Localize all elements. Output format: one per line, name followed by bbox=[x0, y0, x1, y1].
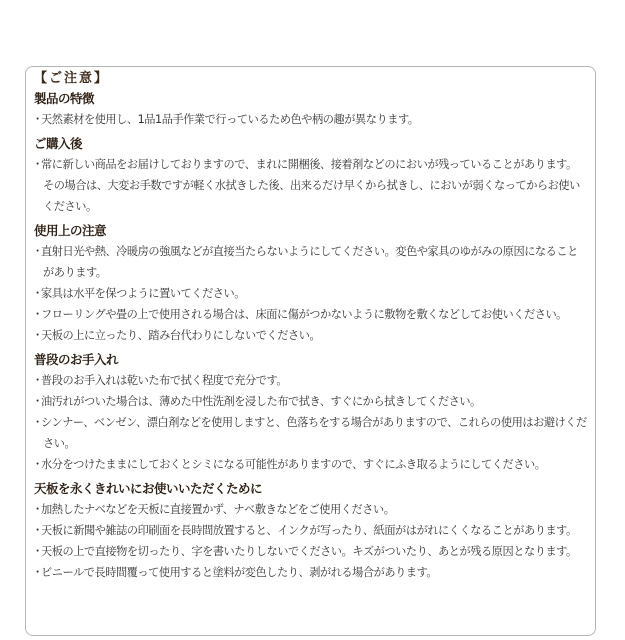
list-item: 普段のお手入れは乾いた布で拭く程度で充分です。 bbox=[34, 370, 587, 391]
list-item: 常に新しい商品をお届けしておりますので、まれに開梱後、接着剤などのにおいが残って… bbox=[34, 154, 587, 217]
list-item: 家具は水平を保つように置いてください。 bbox=[34, 283, 587, 304]
list-item: フローリングや畳の上で使用される場合は、床面に傷がつかないように敷物を敷くなどし… bbox=[34, 304, 587, 325]
list-item: 水分をつけたままにしておくとシミになる可能性がありますので、すぐにふき取るように… bbox=[34, 454, 587, 475]
section-tabletop-care: 天板を永くきれいにお使いいただくために 加熱したナベなどを天板に直接置かず、ナベ… bbox=[34, 479, 595, 583]
list-item: ビニールで長時間覆って使用すると塗料が変色したり、剥がれる場合があります。 bbox=[34, 562, 587, 583]
list-item: 天板の上に立ったり、踏み台代わりにしないでください。 bbox=[34, 325, 587, 346]
list-item: 加熱したナベなどを天板に直接置かず、ナベ敷きなどをご使用ください。 bbox=[34, 499, 587, 520]
notice-title: 【ご注意】 bbox=[34, 69, 595, 89]
list-item: 直射日光や熱、冷暖房の強風などが直接当たらないようにしてください。変色や家具のゆ… bbox=[34, 241, 587, 283]
list-item: 天板の上で直接物を切ったり、字を書いたりしないでください。キズがついたり、あとが… bbox=[34, 541, 587, 562]
list-item: シンナー、ベンゼン、漂白剤などを使用しますと、色落ちをする場合がありますので、こ… bbox=[34, 412, 587, 454]
section-usage-cautions: 使用上の注意 直射日光や熱、冷暖房の強風などが直接当たらないようにしてください。… bbox=[34, 221, 595, 346]
list-item: 天然素材を使用し、1品1品手作業で行っているため色や柄の趣が異なります。 bbox=[34, 109, 587, 130]
section-heading: 天板を永くきれいにお使いいただくために bbox=[34, 479, 595, 499]
section-heading: 使用上の注意 bbox=[34, 221, 595, 241]
notice-box: 【ご注意】 製品の特徴 天然素材を使用し、1品1品手作業で行っているため色や柄の… bbox=[25, 66, 596, 636]
section-product-features: 製品の特徴 天然素材を使用し、1品1品手作業で行っているため色や柄の趣が異なりま… bbox=[34, 89, 595, 130]
section-heading: 普段のお手入れ bbox=[34, 350, 595, 370]
section-heading: 製品の特徴 bbox=[34, 89, 595, 109]
list-item: 天板に新聞や雑誌の印刷面を長時間放置すると、インクが写ったり、紙面がはがれにくく… bbox=[34, 520, 587, 541]
section-heading: ご購入後 bbox=[34, 134, 595, 154]
section-daily-care: 普段のお手入れ 普段のお手入れは乾いた布で拭く程度で充分です。 油汚れがついた場… bbox=[34, 350, 595, 475]
section-after-purchase: ご購入後 常に新しい商品をお届けしておりますので、まれに開梱後、接着剤などのにお… bbox=[34, 134, 595, 217]
list-item: 油汚れがついた場合は、薄めた中性洗剤を浸した布で拭き、すぐにから拭きしてください… bbox=[34, 391, 587, 412]
